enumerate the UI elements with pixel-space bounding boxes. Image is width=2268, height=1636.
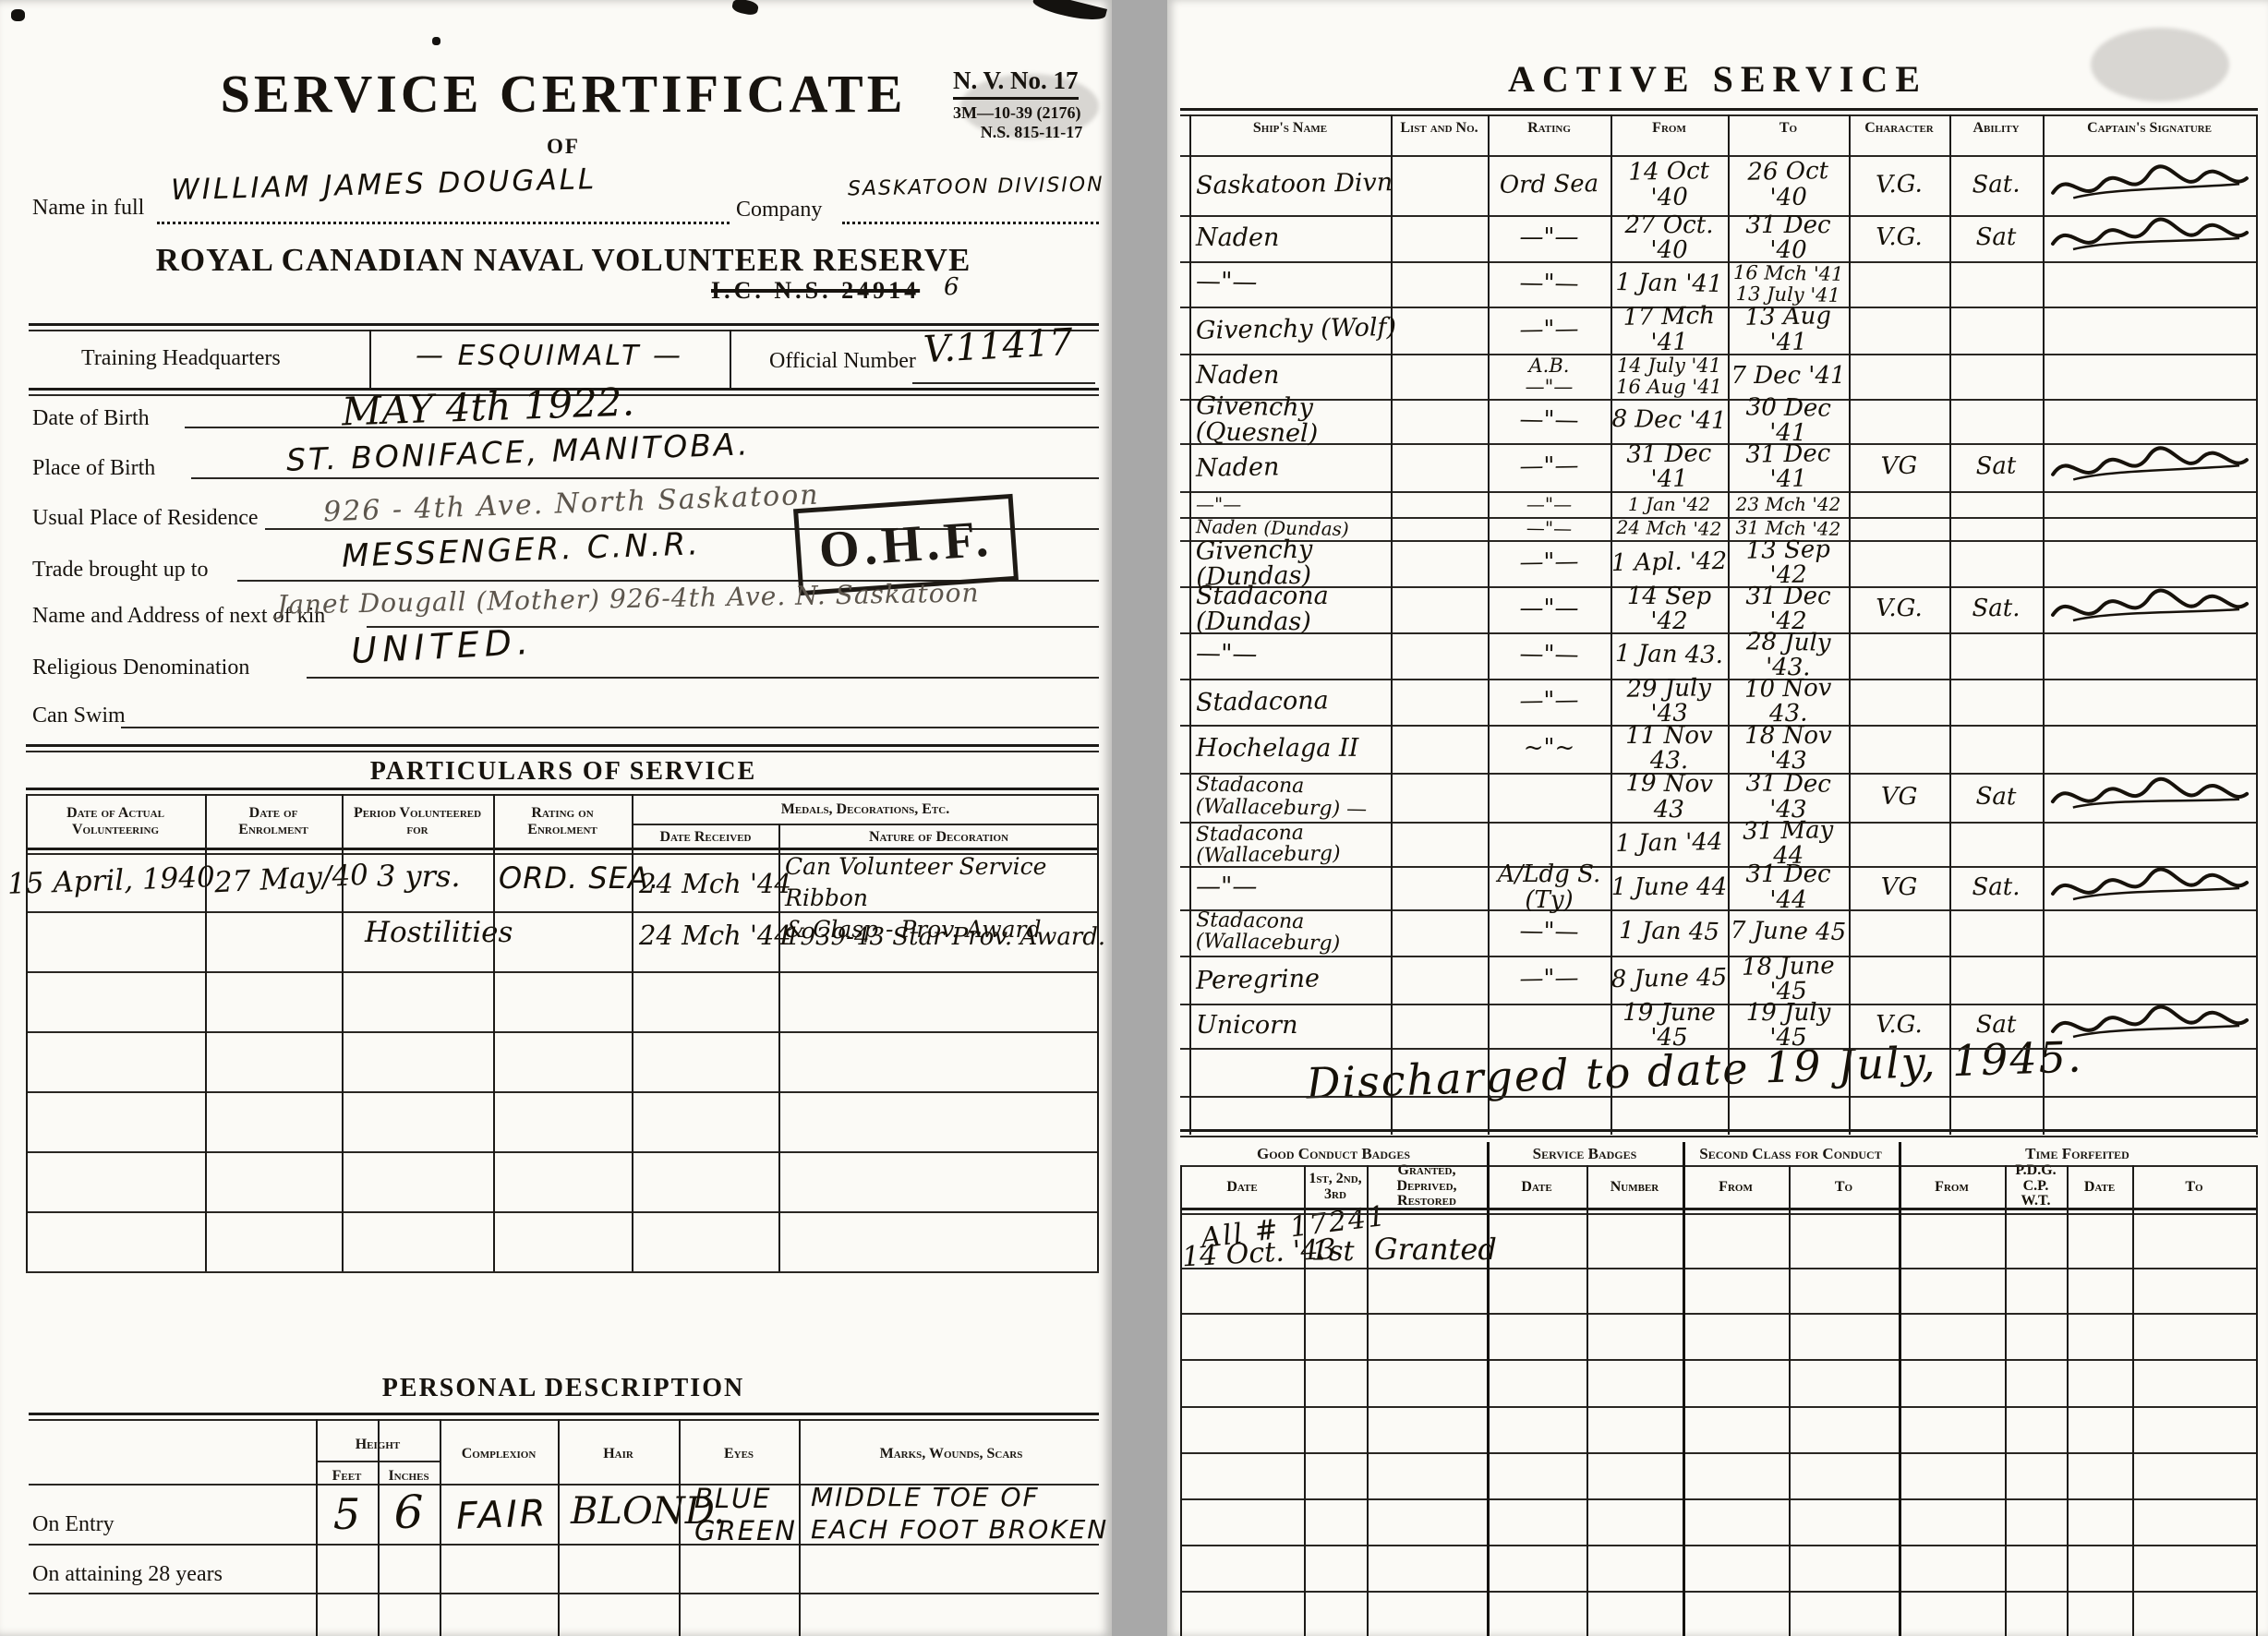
as-cell-ab: Sat. — [1948, 154, 2043, 216]
sb-col-number: Number — [1586, 1168, 1683, 1207]
company-value: SASKATOON DIVISION — [848, 174, 1106, 201]
ohf-stamp-text: O.H.F. — [817, 510, 995, 581]
name-label: Name in full — [32, 196, 144, 221]
as-cell-to: 10 Nov 43. — [1728, 678, 1850, 726]
as-header-from: From — [1611, 120, 1728, 137]
sb-title: Service Badges — [1487, 1145, 1683, 1163]
as-cell-ch: VG — [1849, 866, 1949, 909]
particulars-header-vol: Date of Actual Volunteering — [37, 805, 194, 839]
as-cell-to: 31 Dec '40 — [1728, 215, 1849, 261]
as-cell-from: 17 Mch '41 — [1611, 306, 1729, 355]
company-label: Company — [736, 198, 822, 223]
as-cell-to: 31 Dec '43 — [1728, 772, 1850, 823]
personal-header-eyes: Eyes — [679, 1446, 799, 1462]
trade-label: Trade brought up to — [32, 558, 208, 583]
as-cell-to: 13 Sep '42 — [1728, 539, 1850, 587]
captain-signature — [2042, 765, 2256, 829]
swim-label: Can Swim — [32, 704, 126, 728]
badges-row-line — [1180, 1406, 2258, 1408]
personal-column-line — [440, 1419, 441, 1636]
double-rule — [29, 1413, 1099, 1415]
particulars-nature2-value: 1939-43 Star Prov. Award. — [785, 923, 1105, 951]
badges-class-value: 1st — [1311, 1235, 1355, 1268]
badges-column-line — [1789, 1165, 1791, 1636]
as-cell-from: 11 Nov 43. — [1611, 725, 1728, 773]
as-cell-from: 14 Sep '42 — [1611, 586, 1728, 632]
of-label: OF — [148, 135, 979, 159]
as-header-list: List and No. — [1391, 120, 1488, 137]
double-rule — [29, 1419, 1099, 1421]
particulars-header-medals: Medals, Decorations, Etc. — [641, 801, 1090, 818]
as-cell-to: 23 Mch '42 — [1728, 491, 1849, 517]
double-rule — [26, 744, 1099, 747]
as-cell-rating: —"— — [1488, 215, 1611, 261]
as-cell-ch: V.G. — [1849, 586, 1949, 632]
captain-signature — [2043, 210, 2256, 267]
as-cell-ch: V.G. — [1849, 1004, 1949, 1048]
as-cell-ship: Givenchy (Dundas) — [1187, 538, 1401, 588]
personal-column-line — [679, 1419, 681, 1636]
particulars-header-rating: Rating on Enrolment — [502, 805, 622, 839]
as-cell-to: 26 Oct '40 — [1727, 154, 1849, 216]
religion-underline — [307, 677, 1099, 679]
as-cell-rating: —"— — [1488, 398, 1611, 444]
as-cell-ship: Givenchy (Wolf) — [1187, 305, 1401, 355]
as-cell-rating: —"— — [1488, 678, 1611, 726]
as-cell-ship: Unicorn — [1187, 1004, 1400, 1048]
particulars-column-line — [632, 794, 633, 1271]
particulars-vol-value: 15 April, 1940 — [6, 860, 215, 901]
hq-divider — [369, 330, 371, 389]
particulars-period2-value: Hostilities — [365, 916, 513, 949]
as-cell-to: 13 Aug '41 — [1728, 306, 1850, 355]
particulars-row-line — [26, 1151, 1099, 1153]
as-cell-rating: —"— — [1488, 306, 1611, 355]
pob-label: Place of Birth — [32, 456, 155, 481]
as-cell-from: 1 Jan 45 — [1611, 908, 1729, 956]
as-cell-to: 19 July '45 — [1728, 1004, 1849, 1048]
as-cell-ab: Sat — [1949, 772, 2044, 823]
personal-title: PERSONAL DESCRIPTION — [148, 1374, 979, 1403]
particulars-header-enrol: Date of Enrolment — [214, 805, 332, 839]
training-hq-value: — ESQUIMALT — — [379, 340, 720, 372]
badges-row-line — [1180, 1268, 2258, 1269]
tf-col-date: Date — [2067, 1168, 2132, 1207]
as-cell-from: 1 Jan '41 — [1611, 260, 1729, 307]
swim-underline — [121, 727, 1099, 728]
icns-suffix: 6 — [944, 273, 959, 301]
as-cell-ship: —"— — [1187, 491, 1400, 517]
as-cell-ch: VG — [1849, 772, 1950, 823]
company-underline — [842, 222, 1099, 224]
badges-row-line — [1180, 1545, 2258, 1546]
pob-underline — [191, 477, 1099, 479]
particulars-row-line — [26, 1211, 1099, 1213]
residence-value: 926 - 4th Ave. North Saskatoon — [323, 479, 821, 529]
as-cell-ship: Stadacona (Wallaceburg) — — [1187, 771, 1401, 824]
badges-column-line — [2005, 1165, 2007, 1636]
dob-label: Date of Birth — [32, 406, 150, 431]
page-title: SERVICE CERTIFICATE — [148, 63, 979, 125]
badges-row-line — [1180, 1359, 2258, 1361]
active-service-title: ACTIVE SERVICE — [1274, 57, 2161, 101]
personal-header-marks: Marks, Wounds, Scars — [813, 1446, 1090, 1462]
particulars-date-received-value: 24 Mch '44 — [639, 868, 791, 899]
as-cell-ship: Stadacona (Wallaceburg) — [1187, 820, 1401, 868]
badges-column-line — [2132, 1165, 2134, 1636]
as-cell-ship: Stadacona (Dundas) — [1187, 586, 1400, 632]
entry-marks-value: MIDDLE TOE OF EACH FOOT BROKEN — [811, 1481, 1108, 1546]
as-cell-rating: —"— — [1488, 955, 1611, 1004]
entry-feet-value: 5 — [316, 1484, 378, 1545]
on-entry-underline — [29, 1544, 1099, 1546]
particulars-row-line — [26, 1271, 1099, 1273]
as-cell-ship: Givenchy (Quesnel) — [1187, 397, 1401, 445]
particulars-column-line — [205, 794, 207, 1271]
as-cell-rating: —"— — [1488, 632, 1611, 680]
as-cell-from: 29 July '43 — [1611, 678, 1729, 726]
as-cell-from: 31 Dec '41 — [1611, 442, 1729, 492]
entry-inches-value: 6 — [378, 1480, 440, 1545]
as-row-line — [1180, 1096, 2258, 1098]
badges-column-line — [1180, 1165, 1182, 1636]
gc-col-class: 1st, 2nd, 3rd — [1304, 1168, 1367, 1207]
badges-column-line — [2256, 1165, 2258, 1636]
as-cell-from: 19 June '45 — [1611, 1004, 1728, 1048]
tf-col-from: From — [1899, 1168, 2005, 1207]
as-cell-to: 30 Dec '41 — [1728, 398, 1850, 444]
badges-major-column-line — [1487, 1142, 1490, 1636]
double-rule — [26, 794, 1099, 796]
captain-signature — [2043, 581, 2256, 638]
badges-column-line — [2067, 1165, 2069, 1636]
as-cell-rating: A/Ldg S. (Ty) — [1488, 866, 1611, 909]
badges-column-line — [1586, 1165, 1588, 1636]
personal-header-hair: Hair — [558, 1446, 679, 1462]
as-cell-from: 14 July '41 16 Aug '41 — [1611, 354, 1728, 399]
personal-header-complexion: Complexion — [440, 1446, 558, 1462]
as-cell-to: 18 Nov '43 — [1728, 725, 1849, 773]
medals-subdivider — [632, 824, 1099, 825]
paper-stain — [11, 9, 25, 21]
as-cell-to: 16 Mch '41 13 July '41 — [1728, 260, 1850, 307]
as-cell-ch: V.G. — [1848, 154, 1949, 216]
particulars-row-line — [26, 1091, 1099, 1093]
scc-col-from: From — [1683, 1168, 1789, 1207]
tf-title: Time Forfeited — [1899, 1145, 2256, 1163]
double-rule — [26, 751, 1099, 752]
badges-column-line — [1367, 1165, 1369, 1636]
as-header-rating: Rating — [1488, 120, 1611, 137]
religion-value: UNITED. — [350, 621, 535, 671]
as-cell-from: 1 Jan 43. — [1611, 632, 1729, 680]
badges-major-column-line — [1683, 1142, 1685, 1636]
religion-label: Religious Denomination — [32, 656, 249, 680]
kin-value: Janet Dougall (Mother) 926-4th Ave. N. S… — [277, 577, 980, 620]
as-cell-ship: Saskatoon Divn — [1186, 153, 1400, 217]
as-cell-to: 28 July '43. — [1728, 632, 1850, 680]
training-hq-label: Training Headquarters — [81, 346, 281, 371]
official-number-label: Official Number — [769, 349, 916, 374]
particulars-enrol-value: 27 May/40 — [213, 859, 369, 900]
double-rule — [26, 788, 1099, 790]
as-cell-ship: Hochelaga II — [1187, 725, 1400, 773]
as-cell-ch: V.G. — [1849, 215, 1949, 261]
as-cell-to: 31 Dec '41 — [1728, 442, 1850, 492]
double-rule — [1180, 1129, 2258, 1132]
particulars-column-line — [342, 794, 344, 1271]
as-cell-ab: Sat. — [1949, 866, 2043, 909]
as-cell-from: 1 Jan '44 — [1611, 821, 1729, 867]
dob-underline — [185, 427, 1099, 428]
as-header-character: Character — [1849, 120, 1949, 137]
as-column-line — [2256, 114, 2258, 1135]
as-cell-rating: —"— — [1488, 491, 1611, 517]
as-cell-from: 1 Apl. '42 — [1611, 539, 1729, 587]
badges-row-line — [1180, 1498, 2258, 1500]
as-cell-rating: A.B. —"— — [1488, 354, 1611, 399]
badges-status-value: Granted — [1374, 1232, 1497, 1267]
as-cell-from: 8 June 45 — [1611, 955, 1729, 1004]
gc-title: Good Conduct Badges — [1180, 1145, 1487, 1163]
official-number-underline — [912, 382, 1095, 384]
trade-value: MESSENGER. C.N.R. — [341, 525, 701, 575]
as-cell-ship: Naden — [1187, 441, 1401, 493]
badges-group-line — [1180, 1165, 2258, 1167]
scc-col-to: To — [1789, 1168, 1899, 1207]
as-cell-from: 19 Nov 43 — [1611, 772, 1729, 823]
residence-label: Usual Place of Residence — [32, 506, 259, 531]
scc-title: Second Class for Conduct — [1683, 1145, 1899, 1163]
double-rule — [1180, 1208, 2258, 1210]
captain-signature — [2043, 860, 2256, 915]
as-cell-rating: —"— — [1488, 908, 1611, 956]
particulars-title: PARTICULARS OF SERVICE — [148, 757, 979, 787]
as-cell-rating: —"— — [1488, 442, 1611, 492]
as-header-signature: Captain's Signature — [2043, 120, 2256, 137]
double-rule — [1180, 114, 2258, 116]
as-cell-ship: Peregrine — [1187, 954, 1401, 1005]
torn-corner — [1031, 0, 1107, 25]
icns-number-struck: I.C. N.S. 24914 — [711, 277, 920, 305]
as-cell-ab: Sat. — [1949, 586, 2043, 632]
on-entry-label: On Entry — [32, 1512, 115, 1537]
particulars-rating-value: ORD. SEA. — [499, 860, 660, 896]
hq-divider — [730, 330, 731, 389]
as-cell-rating: ~"~ — [1488, 725, 1611, 773]
as-cell-to: 7 June 45 — [1728, 908, 1850, 956]
gc-col-date: Date — [1180, 1168, 1304, 1207]
particulars-date-received2-value: 24 Mch '44 — [639, 920, 791, 951]
as-cell-to: 18 June '45 — [1728, 955, 1850, 1004]
as-cell-to: 7 Dec '41 — [1728, 354, 1849, 399]
as-cell-ship: —"— — [1187, 866, 1400, 909]
as-cell-rating: —"— — [1488, 539, 1611, 587]
name-value: WILLIAM JAMES DOUGALL — [171, 162, 606, 207]
as-cell-ship: —"— — [1187, 259, 1401, 308]
double-rule — [1180, 1136, 2258, 1137]
badges-major-column-line — [1899, 1142, 1901, 1636]
as-header-ship: Ship's Name — [1189, 120, 1391, 137]
particulars-period-value: 3 yrs. — [377, 859, 461, 894]
as-cell-ab: Sat — [1949, 1004, 2043, 1048]
badges-row-line — [1180, 1452, 2258, 1454]
badges-row-line — [1180, 1591, 2258, 1593]
particulars-column-line — [493, 794, 495, 1271]
sb-col-date: Date — [1487, 1168, 1586, 1207]
particulars-header-nature: Nature of Decoration — [788, 829, 1090, 846]
particulars-column-line — [778, 824, 780, 1271]
as-header-to: To — [1728, 120, 1849, 137]
personal-column-line — [558, 1419, 560, 1636]
as-cell-ab: Sat — [1949, 442, 2044, 492]
as-cell-ship: Stadacona (Wallaceburg) — [1187, 908, 1401, 957]
as-cell-to: 31 Dec '42 — [1728, 586, 1849, 632]
as-cell-from: 27 Oct. '40 — [1611, 215, 1728, 261]
paper-stain — [731, 0, 760, 17]
badges-row-line — [1180, 1313, 2258, 1315]
as-cell-from: 14 Oct '40 — [1610, 154, 1728, 216]
captain-signature — [2043, 998, 2256, 1053]
as-cell-rating: —"— — [1488, 516, 1611, 541]
as-header-ability: Ability — [1949, 120, 2043, 137]
organization-title: ROYAL CANADIAN NAVAL VOLUNTEER RESERVE — [102, 242, 1025, 279]
personal-column-line — [378, 1419, 380, 1636]
as-cell-to: 31 Dec '44 — [1728, 866, 1849, 909]
certificate-page: N. V. No. 17 3M—10-39 (2176) N.S. 815-11… — [0, 0, 1112, 1636]
as-cell-rating: —"— — [1488, 586, 1611, 632]
as-cell-ab: Sat — [1949, 215, 2043, 261]
as-cell-ship: —"— — [1187, 631, 1401, 680]
attain-underline — [29, 1593, 1099, 1594]
particulars-row-line — [26, 1031, 1099, 1033]
as-cell-from: 1 Jan '42 — [1611, 491, 1728, 517]
particulars-column-line — [1097, 794, 1099, 1271]
tf-col-to: To — [2132, 1168, 2256, 1207]
as-cell-from: 8 Dec '41 — [1611, 398, 1729, 444]
official-number-value: V.11417 — [923, 321, 1074, 371]
entry-eyes-value: BLUE GREEN — [694, 1483, 797, 1547]
double-rule — [29, 323, 1099, 326]
as-cell-from: 24 Mch '42 — [1611, 516, 1728, 541]
particulars-row-line — [26, 971, 1099, 973]
scanned-service-certificate: N. V. No. 17 3M—10-39 (2176) N.S. 815-11… — [0, 0, 2268, 1636]
as-cell-ch: VG — [1849, 442, 1950, 492]
as-cell-ship: Stadacona — [1187, 677, 1401, 727]
entry-complexion-value: FAIR — [455, 1492, 549, 1537]
tf-col-pdg: P.D.G. C.P. W.T. — [2005, 1161, 2067, 1211]
as-cell-rating: Ord Sea — [1487, 154, 1611, 216]
particulars-header-period: Period Volunteered for — [351, 805, 484, 839]
double-rule — [1180, 1213, 2258, 1215]
personal-column-line — [316, 1419, 318, 1636]
captain-signature — [2042, 436, 2256, 499]
paper-stain — [432, 37, 440, 45]
double-rule — [26, 848, 1099, 850]
personal-header-feet: Feet — [316, 1468, 378, 1485]
personal-column-line — [799, 1419, 801, 1636]
attain-label: On attaining 28 years — [32, 1562, 223, 1587]
as-cell-ship: Naden — [1187, 215, 1400, 261]
particulars-header-date-received: Date Received — [641, 829, 770, 846]
name-underline — [157, 222, 730, 224]
as-cell-rating: —"— — [1488, 260, 1611, 307]
particulars-column-line — [26, 794, 28, 1271]
badges-column-line — [1304, 1165, 1306, 1636]
particulars-row-line — [26, 911, 1099, 913]
as-cell-from: 1 June 44 — [1611, 866, 1728, 909]
double-rule — [1180, 108, 2258, 111]
